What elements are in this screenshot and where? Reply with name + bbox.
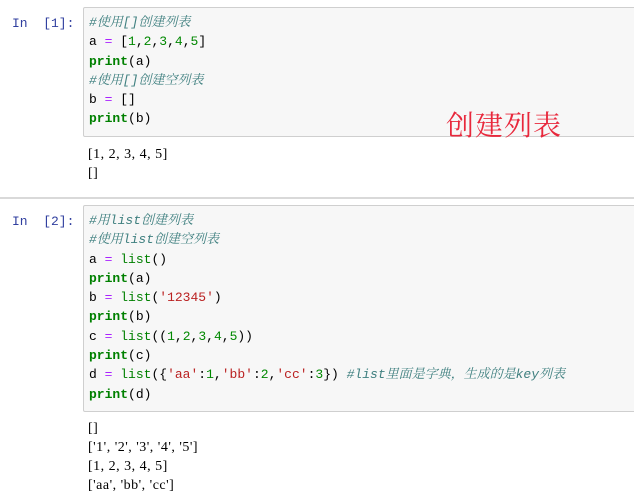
code-token: ))	[237, 329, 253, 344]
output-line: []	[88, 419, 198, 438]
code-token: []	[112, 92, 135, 107]
code-token: :	[198, 367, 206, 382]
jupyter-notebook: In [1]: #使用[]创建列表a = [1,2,3,4,5]print(a)…	[0, 0, 634, 500]
code-cell-1[interactable]: In [1]: #使用[]创建列表a = [1,2,3,4,5]print(a)…	[0, 0, 634, 198]
code-line: print(c)	[89, 346, 634, 365]
code-token: print	[89, 271, 128, 286]
code-token: c	[89, 329, 105, 344]
code-line: d = list({'aa':1,'bb':2,'cc':3}) #list里面…	[89, 365, 634, 384]
code-line: a = list()	[89, 250, 634, 269]
code-token: 1	[167, 329, 175, 344]
code-token: d	[89, 367, 105, 382]
code-token: [	[112, 34, 128, 49]
code-token: list	[120, 367, 151, 382]
code-token: list	[120, 290, 151, 305]
code-token: 2	[183, 329, 191, 344]
code-token: 'cc'	[276, 367, 307, 382]
code-token: )	[214, 290, 222, 305]
code-token: 3	[198, 329, 206, 344]
code-token: list	[120, 252, 151, 267]
code-token: })	[323, 367, 346, 382]
output-line: [1, 2, 3, 4, 5]	[88, 457, 198, 476]
code-token: 1	[206, 367, 214, 382]
code-token: 4	[175, 34, 183, 49]
code-line: print(a)	[89, 52, 634, 71]
code-token: ,	[183, 34, 191, 49]
cell-separator	[0, 197, 634, 199]
code-token: ({	[151, 367, 167, 382]
code-token: ((	[151, 329, 167, 344]
code-comment: #使用[]创建列表	[89, 15, 190, 30]
code-token: (a)	[128, 54, 151, 69]
code-token: 3	[159, 34, 167, 49]
code-token: ,	[222, 329, 230, 344]
code-comment: #使用[]创建空列表	[89, 73, 203, 88]
code-token: (d)	[128, 387, 151, 402]
code-line: print(a)	[89, 269, 634, 288]
code-token: ,	[214, 367, 222, 382]
output-line: [1, 2, 3, 4, 5]	[88, 145, 168, 164]
code-line: #使用list创建空列表	[89, 230, 634, 249]
code-token: 'bb'	[222, 367, 253, 382]
code-token: (b)	[128, 111, 151, 126]
code-token: b	[89, 290, 105, 305]
code-token: :	[253, 367, 261, 382]
code-token: ,	[167, 34, 175, 49]
code-line: print(b)	[89, 307, 634, 326]
cell-output: [1, 2, 3, 4, 5] []	[88, 145, 168, 183]
code-token: (a)	[128, 271, 151, 286]
code-token: 1	[128, 34, 136, 49]
code-cell-2[interactable]: In [2]: #用list创建列表#使用list创建空列表a = list()…	[0, 205, 634, 500]
code-token: '12345'	[159, 290, 214, 305]
annotation-label: 创建列表	[446, 104, 562, 144]
code-comment: #list里面是字典，生成的是key列表	[347, 367, 565, 382]
output-line: []	[88, 164, 168, 183]
code-line: b = list('12345')	[89, 288, 634, 307]
code-token: b	[89, 92, 105, 107]
code-token: ,	[136, 34, 144, 49]
code-token: ,	[206, 329, 214, 344]
code-token: (b)	[128, 309, 151, 324]
code-token: print	[89, 54, 128, 69]
code-lines: #用list创建列表#使用list创建空列表a = list()print(a)…	[89, 211, 634, 404]
code-comment: #用list创建列表	[89, 213, 193, 228]
code-line: c = list((1,2,3,4,5))	[89, 327, 634, 346]
code-token: 4	[214, 329, 222, 344]
code-token: 'aa'	[167, 367, 198, 382]
code-token: print	[89, 348, 128, 363]
code-input[interactable]: #用list创建列表#使用list创建空列表a = list()print(a)…	[83, 205, 634, 412]
code-comment: #使用list创建空列表	[89, 232, 219, 247]
code-line: #使用[]创建列表	[89, 13, 634, 32]
code-token: print	[89, 111, 128, 126]
code-line: a = [1,2,3,4,5]	[89, 32, 634, 51]
code-line: #用list创建列表	[89, 211, 634, 230]
cell-prompt: In [2]:	[12, 214, 74, 229]
code-token: a	[89, 34, 105, 49]
code-token: list	[120, 329, 151, 344]
code-token: print	[89, 387, 128, 402]
code-token: ,	[175, 329, 183, 344]
code-token: ()	[151, 252, 167, 267]
code-line: print(d)	[89, 385, 634, 404]
output-line: ['aa', 'bb', 'cc']	[88, 476, 198, 495]
output-line: ['1', '2', '3', '4', '5']	[88, 438, 198, 457]
code-token: ]	[198, 34, 206, 49]
cell-prompt: In [1]:	[12, 16, 74, 31]
code-line: #使用[]创建空列表	[89, 71, 634, 90]
code-token: (c)	[128, 348, 151, 363]
code-token: 2	[261, 367, 269, 382]
code-token: print	[89, 309, 128, 324]
code-token: a	[89, 252, 105, 267]
cell-output: [] ['1', '2', '3', '4', '5'] [1, 2, 3, 4…	[88, 419, 198, 495]
